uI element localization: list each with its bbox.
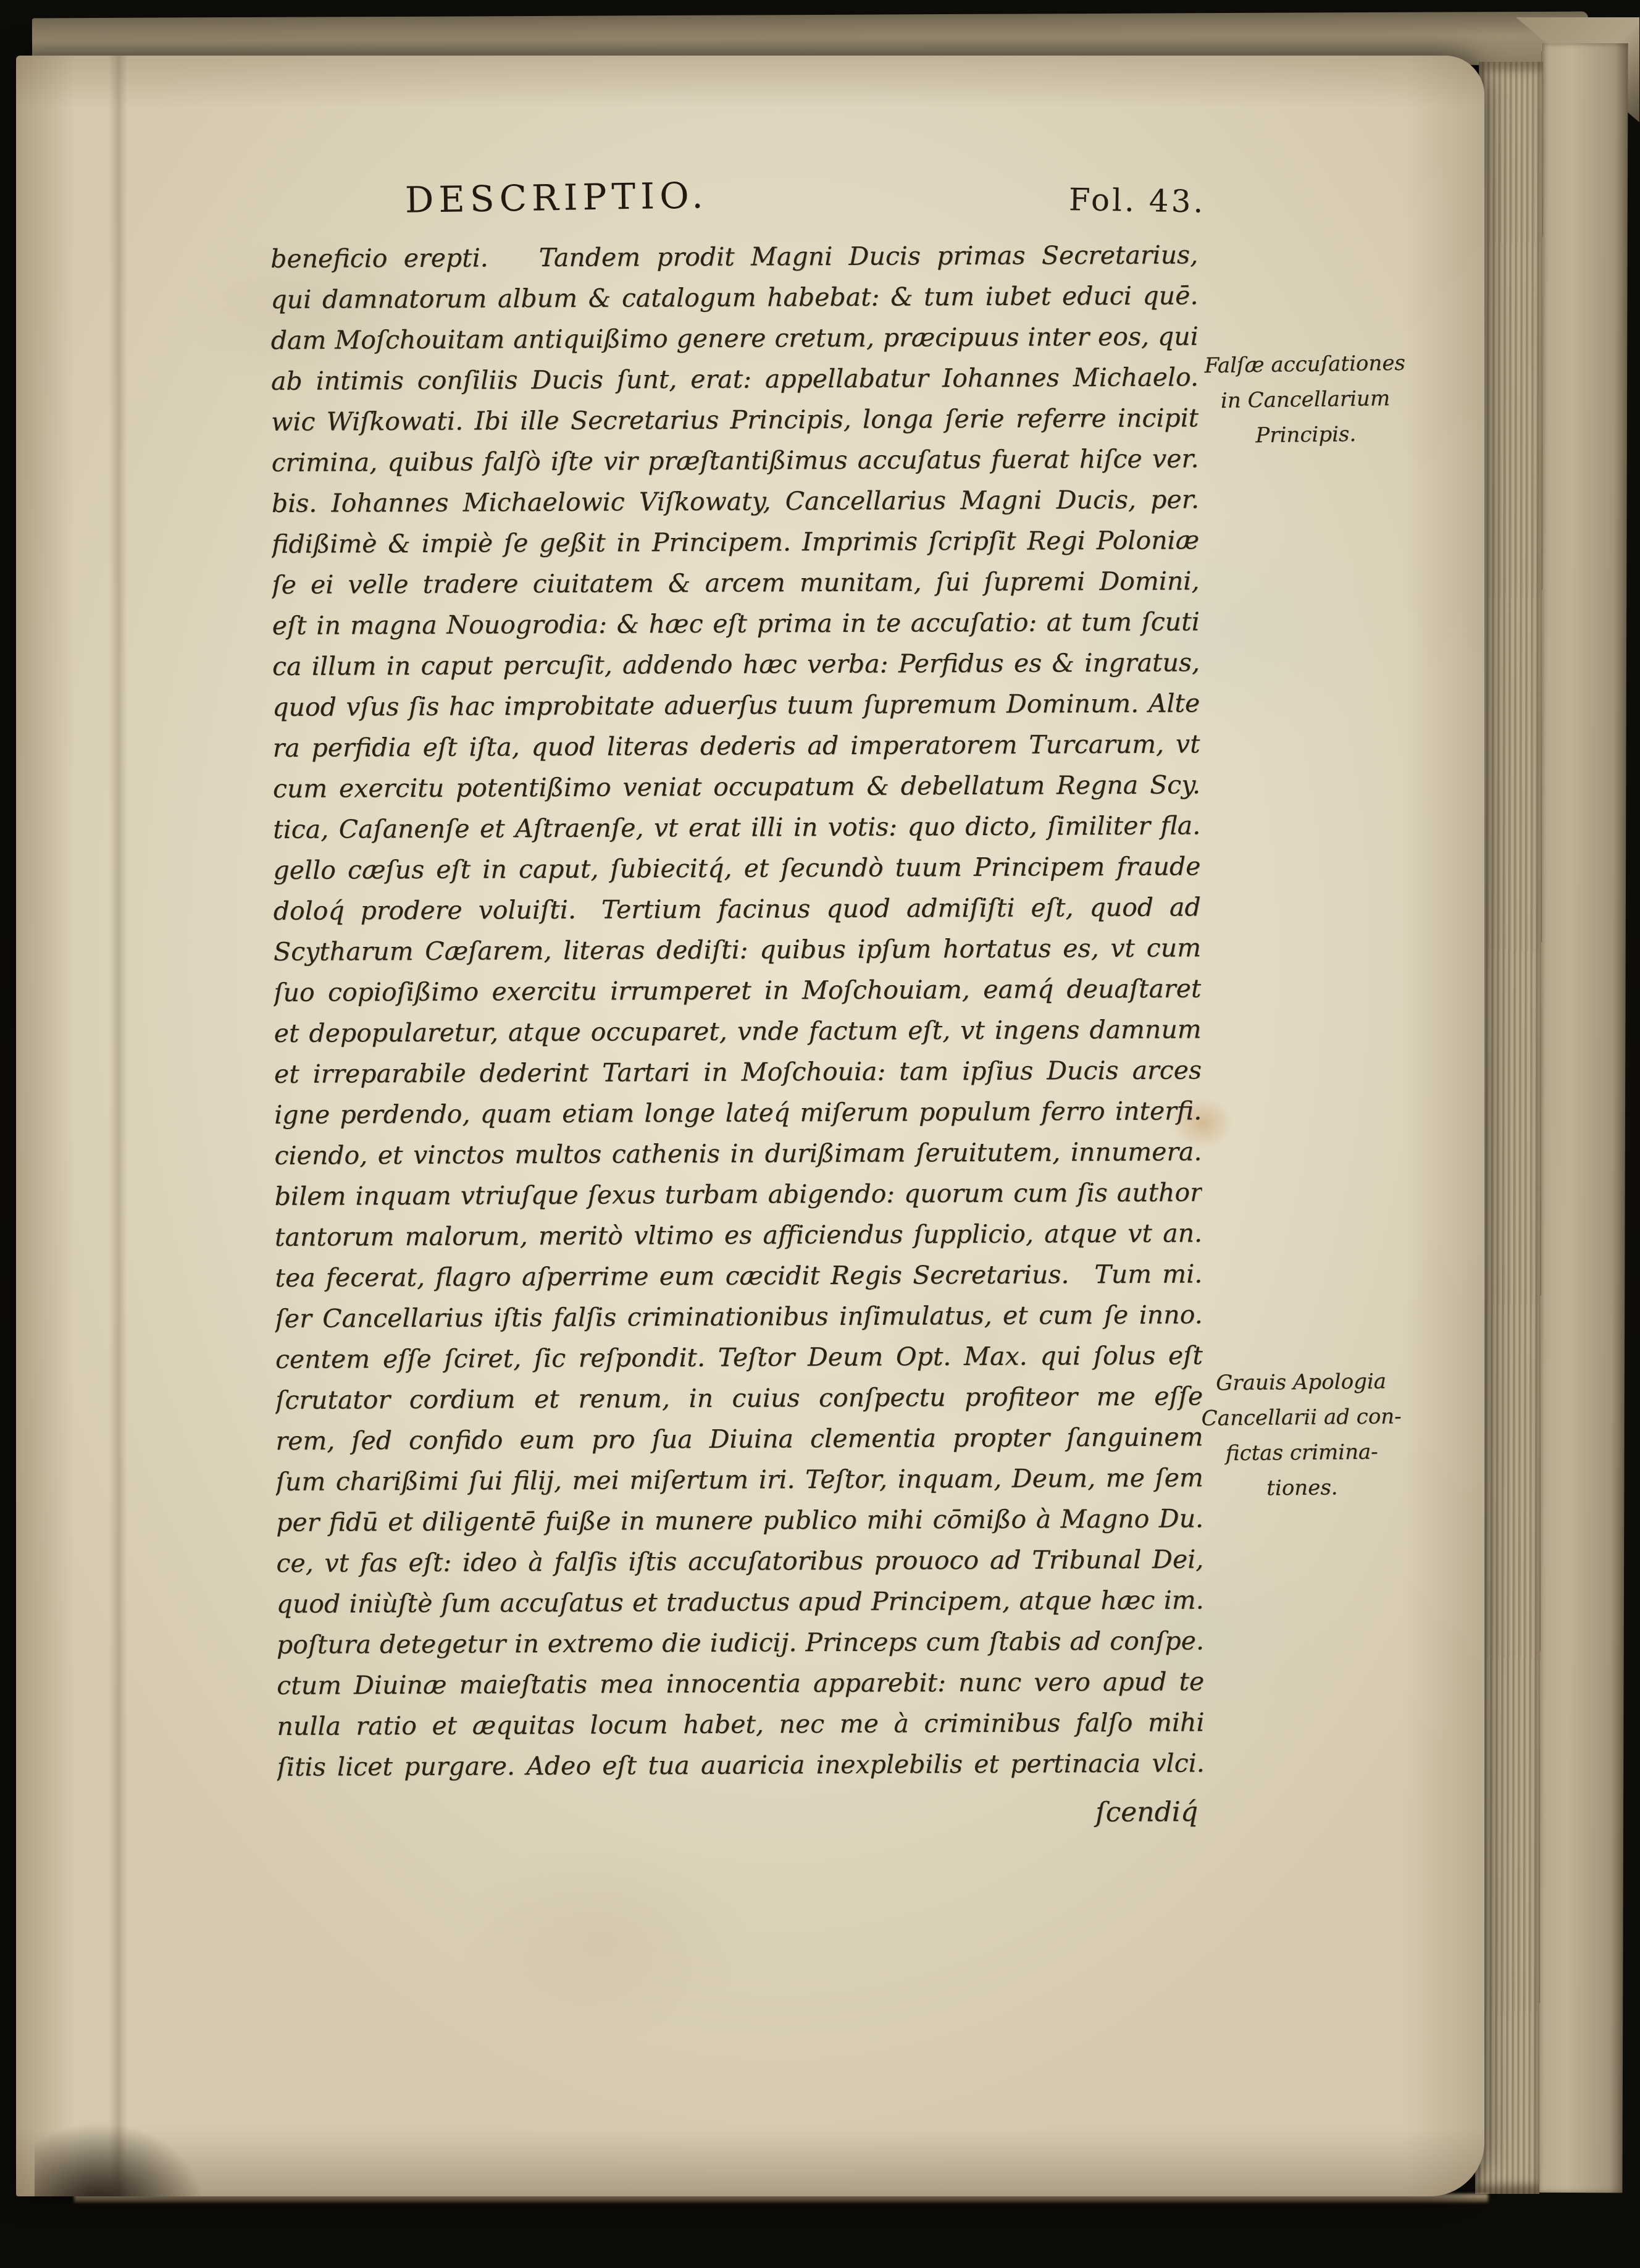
- text-line: ſuo copioſißimo exercitu irrumperet in M…: [274, 968, 1201, 1013]
- text-line: ca illum in caput percuſit, addendo hæc …: [272, 642, 1200, 687]
- text-line: ſitis licet purgare. Adeo eſt tua auaric…: [277, 1742, 1205, 1787]
- body-text: beneficio erepti. Tandem prodit Magni Du…: [270, 234, 1205, 1787]
- margin-note-line: Principis.: [1188, 416, 1423, 454]
- text-line: nulla ratio et æquitas locum habet, nec …: [277, 1702, 1204, 1747]
- margin-note-line: Falſæ accuſationes: [1187, 345, 1423, 384]
- book-cover-right-edge: [1536, 43, 1628, 2193]
- text-line: igne perdendo, quam etiam longe lateq́ m…: [274, 1090, 1202, 1135]
- text-line: ſum charißimi ſui filij, mei miſertum ir…: [276, 1457, 1203, 1502]
- book-page: DESCRIPTIO. Fol. 43. beneficio erepti. T…: [16, 56, 1484, 2196]
- text-line: ſe ei velle tradere ciuitatem & arcem mu…: [272, 560, 1199, 605]
- text-line: per fidū et diligentē fuiße in munere pu…: [276, 1498, 1203, 1543]
- text-line: eſt in magna Nouogrodia: & hæc eſt prima…: [272, 601, 1200, 646]
- text-line: ra perfidia eſt iſta, quod literas deder…: [272, 723, 1200, 768]
- text-line: tantorum malorum, meritò vltimo es affic…: [275, 1212, 1202, 1258]
- margin-note-false-accusations: Falſæ accuſationesin CancellariumPrincip…: [1187, 345, 1423, 454]
- text-line: quod vſus ſis hac improbitate aduerſus t…: [272, 682, 1200, 728]
- text-line: crimina, quibus falſò iſte vir præſtanti…: [271, 438, 1199, 483]
- text-line: tea fecerat, flagro aſperrime eum cæcidi…: [275, 1253, 1202, 1298]
- gutter-shadow: [35, 2110, 220, 2196]
- text-line: poſtura detegetur in extremo die iudicij…: [277, 1620, 1204, 1665]
- text-line: beneficio erepti. Tandem prodit Magni Du…: [270, 234, 1198, 279]
- text-line: gello cæſus eſt in caput, ſubiecitq́, et…: [273, 846, 1200, 891]
- folio-number: Fol. 43.: [1069, 182, 1206, 219]
- text-line: ce, vt fas eſt: ideo à falſis iſtis accu…: [276, 1539, 1203, 1584]
- margin-note-line: fictas crimina-: [1184, 1434, 1420, 1472]
- text-line: qui damnatorum album & catalogum habebat…: [270, 275, 1198, 320]
- text-line: wic Wiſkowati. Ibi ille Secretarius Prin…: [271, 397, 1199, 442]
- text-line: quod iniùſtè ſum accuſatus et traductus …: [277, 1579, 1204, 1624]
- text-line: bis. Iohannes Michaelowic Viſkowaty, Can…: [272, 479, 1199, 524]
- text-line: ſer Cancellarius iſtis falſis criminatio…: [275, 1294, 1202, 1339]
- margin-note-line: Cancellarii ad con-: [1184, 1399, 1419, 1437]
- text-line: tica, Caſanenſe et Aſtraenſe, vt erat il…: [273, 805, 1200, 850]
- text-line: rem, ſed confido eum pro ſua Diuina clem…: [275, 1416, 1203, 1461]
- text-line: ciendo, et vinctos multos cathenis in du…: [274, 1131, 1202, 1176]
- text-line: fidißimè & impiè ſe geßit in Principem. …: [272, 519, 1199, 565]
- text-line: centem eſſe ſciret, ſic reſpondit. Teſto…: [275, 1335, 1203, 1380]
- page-fore-edge-stack: [1475, 62, 1543, 2194]
- text-line: doloq́ prodere voluiſti. Tertium facinus…: [274, 886, 1201, 931]
- catchword: ſcendiq́: [270, 1796, 1198, 1833]
- margin-note-line: Grauis Apologia: [1184, 1364, 1419, 1401]
- text-line: Scytharum Cæſarem, literas dediſti: quib…: [274, 927, 1201, 972]
- photo-of-open-book: DESCRIPTIO. Fol. 43. beneficio erepti. T…: [0, 0, 1640, 2268]
- text-line: ſcrutator cordium et renum, in cuius con…: [275, 1375, 1203, 1421]
- margin-note-line: in Cancellarium: [1188, 380, 1423, 419]
- text-line: et depopularetur, atque occuparet, vnde …: [274, 1009, 1201, 1054]
- text-line: ab intimis conſiliis Ducis ſunt, erat: a…: [271, 356, 1199, 401]
- margin-note-line: tiones.: [1185, 1469, 1420, 1507]
- text-line: bilem inquam vtriuſque ſexus turbam abig…: [275, 1172, 1202, 1217]
- text-line: dam Moſchouitam antiquißimo genere cretu…: [271, 316, 1199, 361]
- running-title: DESCRIPTIO.: [404, 174, 708, 221]
- text-line: et irreparabile dederint Tartari in Moſc…: [274, 1049, 1202, 1094]
- text-line: cum exercitu potentißimo veniat occupatu…: [273, 764, 1200, 809]
- text-line: ctum Diuinæ maieſtatis mea innocentia ap…: [277, 1661, 1204, 1706]
- margin-note-apology: Grauis ApologiaCancellarii ad con-fictas…: [1184, 1364, 1420, 1507]
